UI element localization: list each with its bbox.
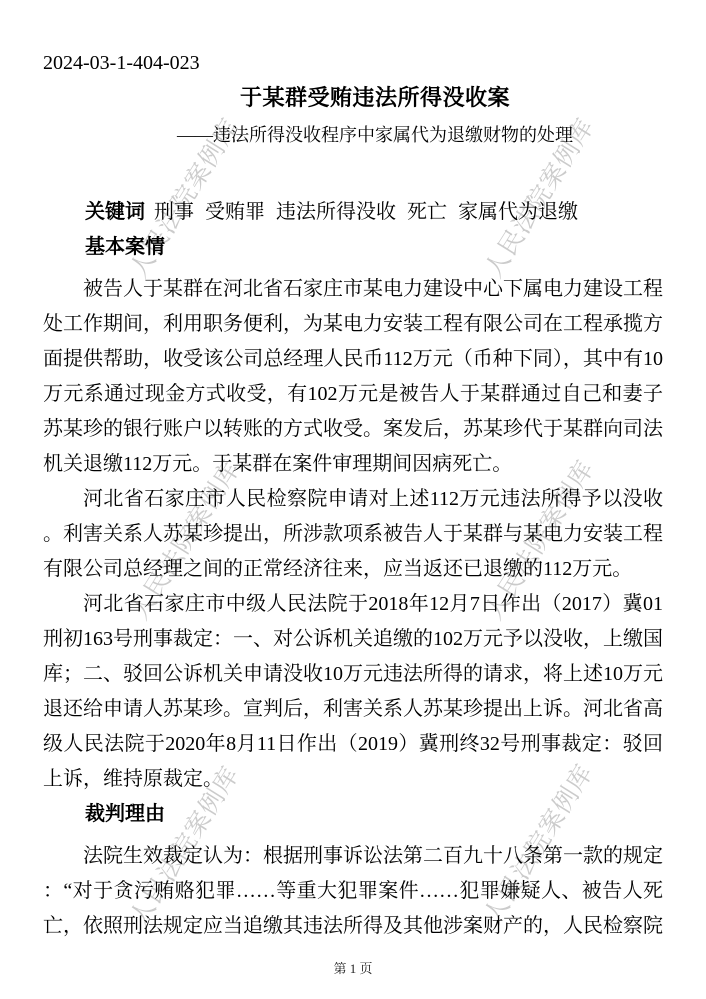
body-paragraph: 被告人于某群在河北省石家庄市某电力建设中心下属电力建设工程处工作期间，利用职务便…: [43, 272, 663, 482]
keyword-term: 受贿罪: [205, 201, 265, 223]
document-content: 2024-03-1-404-023 于某群受贿违法所得没收案 ——违法所得没收程…: [43, 0, 663, 944]
section-title: 裁判理由: [43, 797, 663, 832]
keywords-label: 关键词: [85, 201, 145, 223]
keyword-term: 家属代为退缴: [458, 201, 578, 223]
keywords-line: 关键词刑事受贿罪违法所得没收死亡家属代为退缴: [43, 195, 663, 230]
case-number: 2024-03-1-404-023: [43, 50, 663, 76]
page-footer: 第 1 页: [0, 958, 706, 977]
keyword-term: 违法所得没收: [276, 201, 396, 223]
section-judgment-reasons: 裁判理由 法院生效裁定认为：根据刑事诉讼法第二百九十八条第一款的规定：“对于贪污…: [43, 797, 663, 944]
document-title: 于某群受贿违法所得没收案: [43, 83, 663, 113]
body-paragraph: 法院生效裁定认为：根据刑事诉讼法第二百九十八条第一款的规定：“对于贪污贿赂犯罪……: [43, 839, 663, 944]
section-basic-facts: 基本案情 被告人于某群在河北省石家庄市某电力建设中心下属电力建设工程处工作期间，…: [43, 230, 663, 797]
body-paragraph: 河北省石家庄市中级人民法院于2018年12月7日作出（2017）冀01刑初163…: [43, 587, 663, 797]
document-subtitle: ——违法所得没收程序中家属代为退缴财物的处理: [43, 122, 663, 148]
body-paragraph: 河北省石家庄市人民检察院申请对上述112万元违法所得予以没收。利害关系人苏某珍提…: [43, 482, 663, 587]
keyword-term: 刑事: [154, 201, 194, 223]
section-title: 基本案情: [43, 230, 663, 265]
keyword-term: 死亡: [407, 201, 447, 223]
document-page: 人民法院案例库 人民法院案例库 人民法院案例库 人民法院案例库 人民法院案例库 …: [0, 0, 706, 999]
